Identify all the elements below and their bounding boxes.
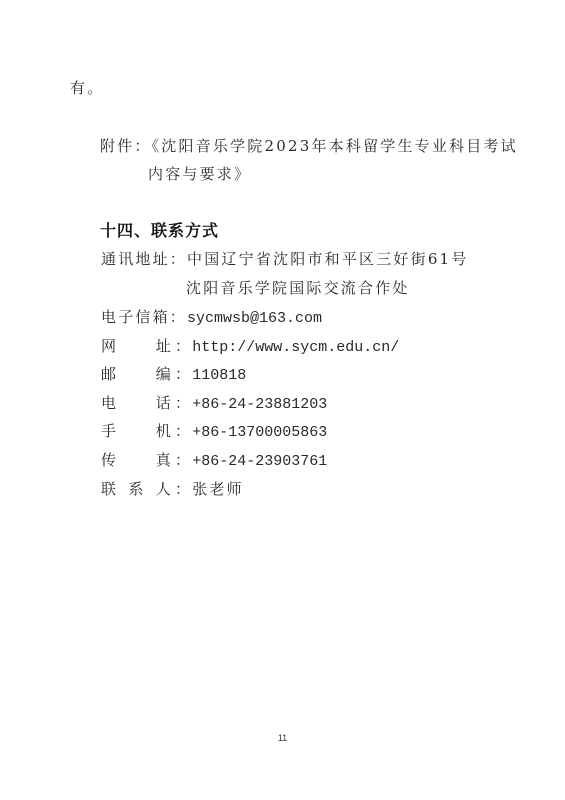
contact-person-label: 联系人	[101, 479, 173, 499]
contact-phone: 电话：+86-24-23881203	[101, 393, 327, 415]
mobile-label: 手机	[101, 421, 173, 441]
postcode-label: 邮编	[101, 364, 173, 384]
contact-address: 通讯地址：中国辽宁省沈阳市和平区三好街61号	[101, 249, 469, 269]
section-heading: 十四、联系方式	[100, 221, 219, 241]
address-value: 中国辽宁省沈阳市和平区三好街61号	[187, 250, 469, 268]
phone-value: +86-24-23881203	[192, 396, 327, 413]
contact-person: 联系人：张老师	[101, 479, 244, 499]
address-label: 通讯地址：	[101, 250, 187, 268]
fax-label: 传真	[101, 450, 173, 470]
attachment-line-1: 附件：《沈阳音乐学院2023年本科留学生专业科目考试	[100, 136, 518, 156]
continuation-text: 有。	[70, 78, 104, 98]
address-value-line-2: 沈阳音乐学院国际交流合作处	[186, 278, 410, 298]
attachment-title-part-1: 《沈阳音乐学院2023年本科留学生专业科目考试	[152, 137, 518, 155]
email-label: 电子信箱：	[101, 308, 187, 326]
mobile-value: +86-13700005863	[192, 424, 327, 441]
contact-fax: 传真：+86-24-23903761	[101, 450, 327, 472]
page-number: 11	[0, 733, 565, 743]
website-label: 网址	[101, 336, 173, 356]
contact-person-value: 张老师	[192, 480, 244, 498]
contact-email: 电子信箱：sycmwsb@163.com	[101, 307, 322, 329]
website-value: http://www.sycm.edu.cn/	[192, 339, 399, 356]
attachment-label: 附件：	[100, 137, 152, 155]
contact-mobile: 手机：+86-13700005863	[101, 421, 327, 443]
phone-label: 电话	[101, 393, 173, 413]
fax-value: +86-24-23903761	[192, 453, 327, 470]
contact-postcode: 邮编：110818	[101, 364, 246, 386]
email-value: sycmwsb@163.com	[187, 310, 322, 327]
attachment-title-part-2: 内容与要求》	[148, 164, 251, 184]
contact-website: 网址：http://www.sycm.edu.cn/	[101, 336, 399, 358]
postcode-value: 110818	[192, 367, 246, 384]
